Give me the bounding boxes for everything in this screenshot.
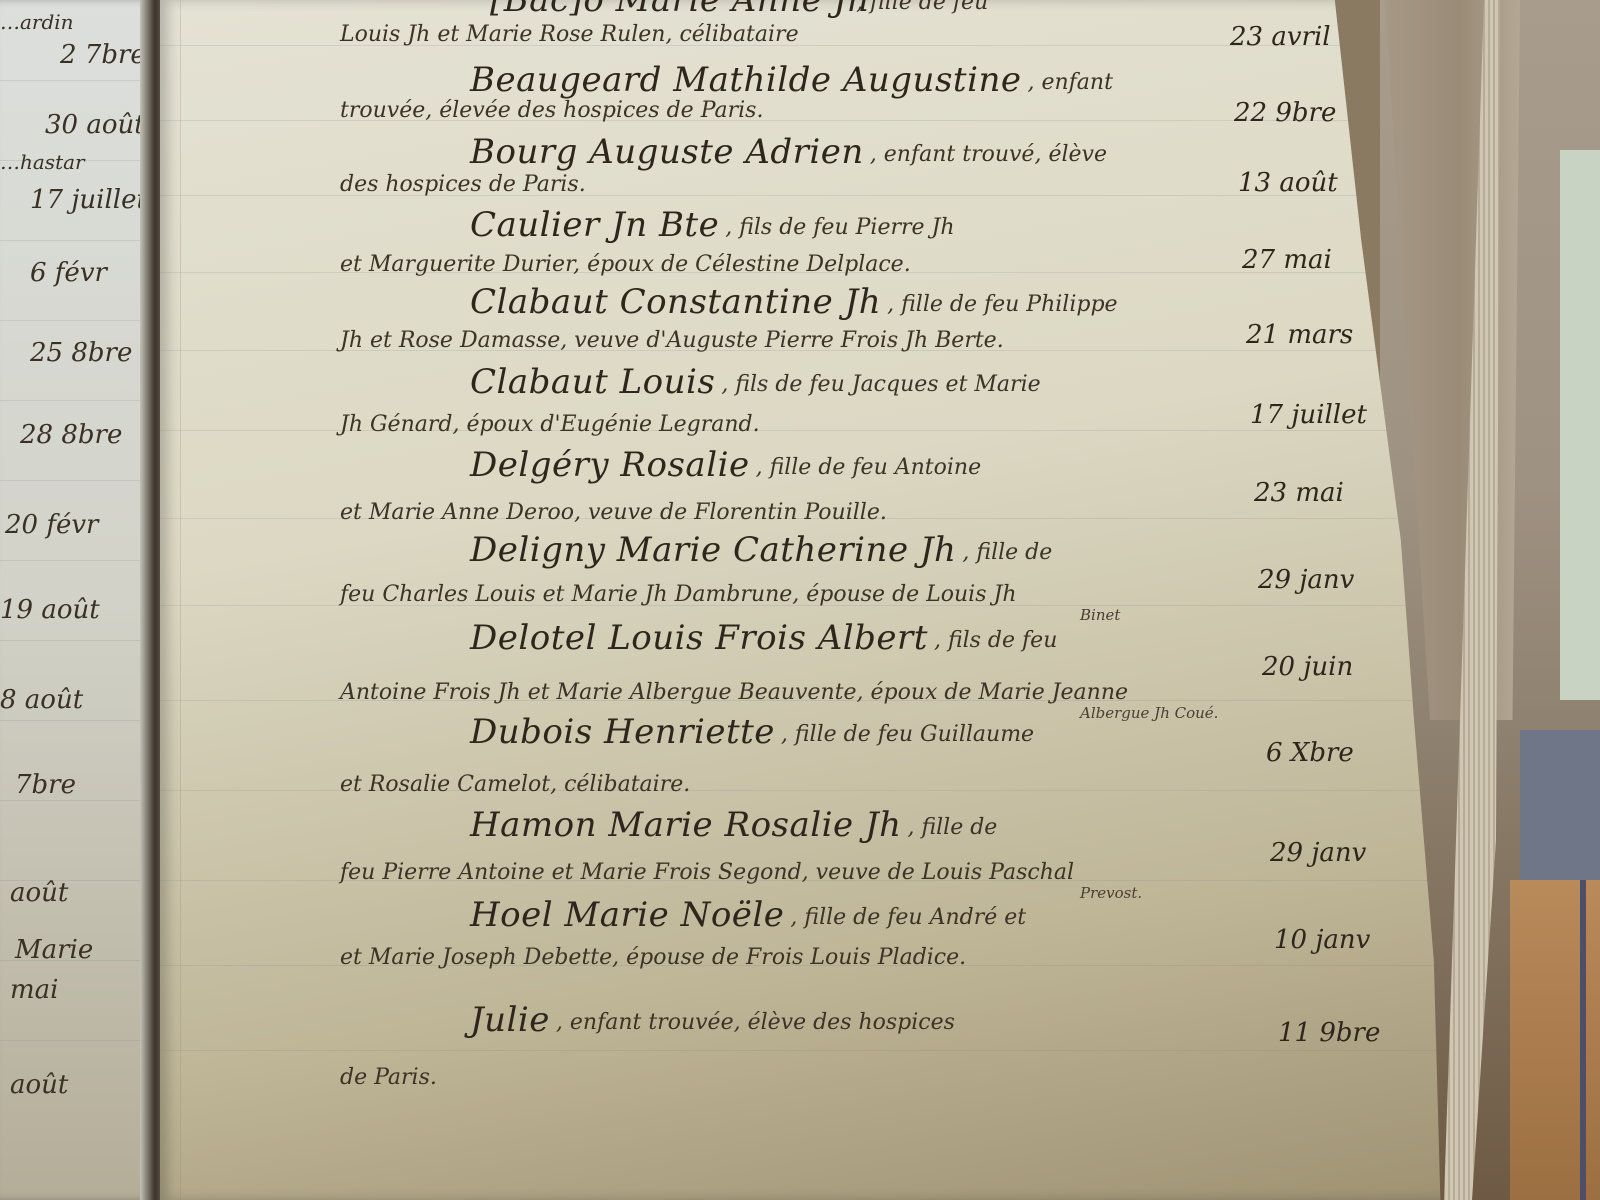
entry-date: 17 juillet xyxy=(1250,400,1367,430)
book-photo: 2 7bre30 août17 juillet6 févr25 8bre28 8… xyxy=(0,0,1600,1200)
entry-relation: , enfant trouvée, élève des hospices xyxy=(556,1010,955,1035)
entry-relation: , fille de feu Antoine xyxy=(756,455,982,480)
entry-continuation: et Rosalie Camelot, célibataire. xyxy=(340,772,690,797)
entry-name: Hoel Marie Noële xyxy=(470,895,784,935)
entry-relation: , fille de xyxy=(962,540,1052,565)
entry-name: Delotel Louis Frois Albert xyxy=(470,618,928,658)
left-margin-date: 17 juillet xyxy=(30,185,147,215)
entry-date: 27 mai xyxy=(1242,245,1332,275)
entry-continuation: Jh Génard, époux d'Eugénie Legrand. xyxy=(340,412,760,437)
entry-note: Binet xyxy=(1080,606,1120,624)
entry-name: [Bac]o Marie Anne Jh xyxy=(490,0,870,20)
entry-name: Beaugeard Mathilde Augustine xyxy=(470,60,1021,100)
entry-note: Albergue Jh Coué. xyxy=(1080,704,1218,722)
entry-continuation: et Marie Anne Deroo, veuve de Florentin … xyxy=(340,500,887,525)
entry-name: Dubois Henriette xyxy=(470,712,775,752)
entry-name: Clabaut Louis xyxy=(470,362,715,402)
entry-date: 20 juin xyxy=(1262,652,1353,682)
entry-date: 21 mars xyxy=(1246,320,1353,350)
entry-continuation: Jh et Rose Damasse, veuve d'Auguste Pier… xyxy=(340,328,1004,353)
entry-date: 13 août xyxy=(1238,168,1338,198)
background-table-edge xyxy=(1580,880,1586,1200)
entry-relation: , fils de feu xyxy=(934,628,1057,653)
left-margin-date: mai xyxy=(10,975,58,1005)
entry-date: 23 avril xyxy=(1230,22,1331,52)
left-margin-date: 7bre xyxy=(15,770,76,800)
entry-relation: , fille de xyxy=(907,815,997,840)
right-page: [Bac]o Marie Anne Jh, fille de feuLouis … xyxy=(160,0,1480,1200)
entry-name: Bourg Auguste Adrien xyxy=(470,132,864,172)
background-green-paper xyxy=(1560,150,1600,700)
left-text-fragment: …ardin xyxy=(0,10,74,34)
left-margin-date: 25 8bre xyxy=(30,338,132,368)
entry-date: 29 janv xyxy=(1258,565,1354,595)
left-margin-date: 8 août xyxy=(0,685,83,715)
entry-name: Julie xyxy=(470,1000,550,1040)
entry-relation: , fille de feu André et xyxy=(790,905,1026,930)
entry-relation: , fille de feu xyxy=(856,0,988,15)
entry-note: Prevost. xyxy=(1080,884,1142,902)
entry-date: 11 9bre xyxy=(1278,1018,1380,1048)
entry-continuation: et Marie Joseph Debette, épouse de Frois… xyxy=(340,945,966,970)
entry-continuation: feu Charles Louis et Marie Jh Dambrune, … xyxy=(340,582,1017,607)
entry-continuation: des hospices de Paris. xyxy=(340,172,586,197)
left-margin-date: 19 août xyxy=(0,595,100,625)
entry-continuation: et Marguerite Durier, époux de Célestine… xyxy=(340,252,911,277)
left-margin-date: 2 7bre xyxy=(60,40,146,70)
entry-relation: , fils de feu Jacques et Marie xyxy=(721,372,1040,397)
left-margin-date: Marie xyxy=(15,935,93,965)
left-margin-date: 30 août xyxy=(45,110,145,140)
entry-relation: , enfant xyxy=(1027,70,1112,95)
entry-name: Deligny Marie Catherine Jh xyxy=(470,530,956,570)
entry-continuation: Antoine Frois Jh et Marie Albergue Beauv… xyxy=(340,680,1128,705)
left-margin-date: août xyxy=(10,1070,68,1100)
entry-date: 29 janv xyxy=(1270,838,1366,868)
entry-date: 10 janv xyxy=(1274,925,1370,955)
entry-date: 23 mai xyxy=(1254,478,1344,508)
entry-continuation: trouvée, élevée des hospices de Paris. xyxy=(340,98,763,123)
entry-continuation: de Paris. xyxy=(340,1065,437,1090)
entry-name: Hamon Marie Rosalie Jh xyxy=(470,805,901,845)
entry-date: 22 9bre xyxy=(1234,98,1336,128)
background-table xyxy=(1510,880,1600,1200)
entry-relation: , fille de feu Philippe xyxy=(887,292,1117,317)
background-blue-book xyxy=(1520,730,1600,880)
entry-continuation: Louis Jh et Marie Rose Rulen, célibatair… xyxy=(340,22,799,47)
left-margin-date: 28 8bre xyxy=(20,420,122,450)
entry-relation: , enfant trouvé, élève xyxy=(870,142,1107,167)
left-margin-date: 6 févr xyxy=(30,258,107,288)
entry-relation: , fils de feu Pierre Jh xyxy=(725,215,954,240)
margin-line xyxy=(180,0,181,1200)
left-text-fragment: …hastar xyxy=(0,150,85,174)
left-margin-date: 20 févr xyxy=(5,510,98,540)
entry-name: Clabaut Constantine Jh xyxy=(470,282,881,322)
entry-name: Delgéry Rosalie xyxy=(470,445,750,485)
entry-name: Caulier Jn Bte xyxy=(470,205,719,245)
entry-date: 6 Xbre xyxy=(1266,738,1354,768)
entry-relation: , fille de feu Guillaume xyxy=(781,722,1034,747)
left-margin-date: août xyxy=(10,878,68,908)
entry-continuation: feu Pierre Antoine et Marie Frois Segond… xyxy=(340,860,1074,885)
